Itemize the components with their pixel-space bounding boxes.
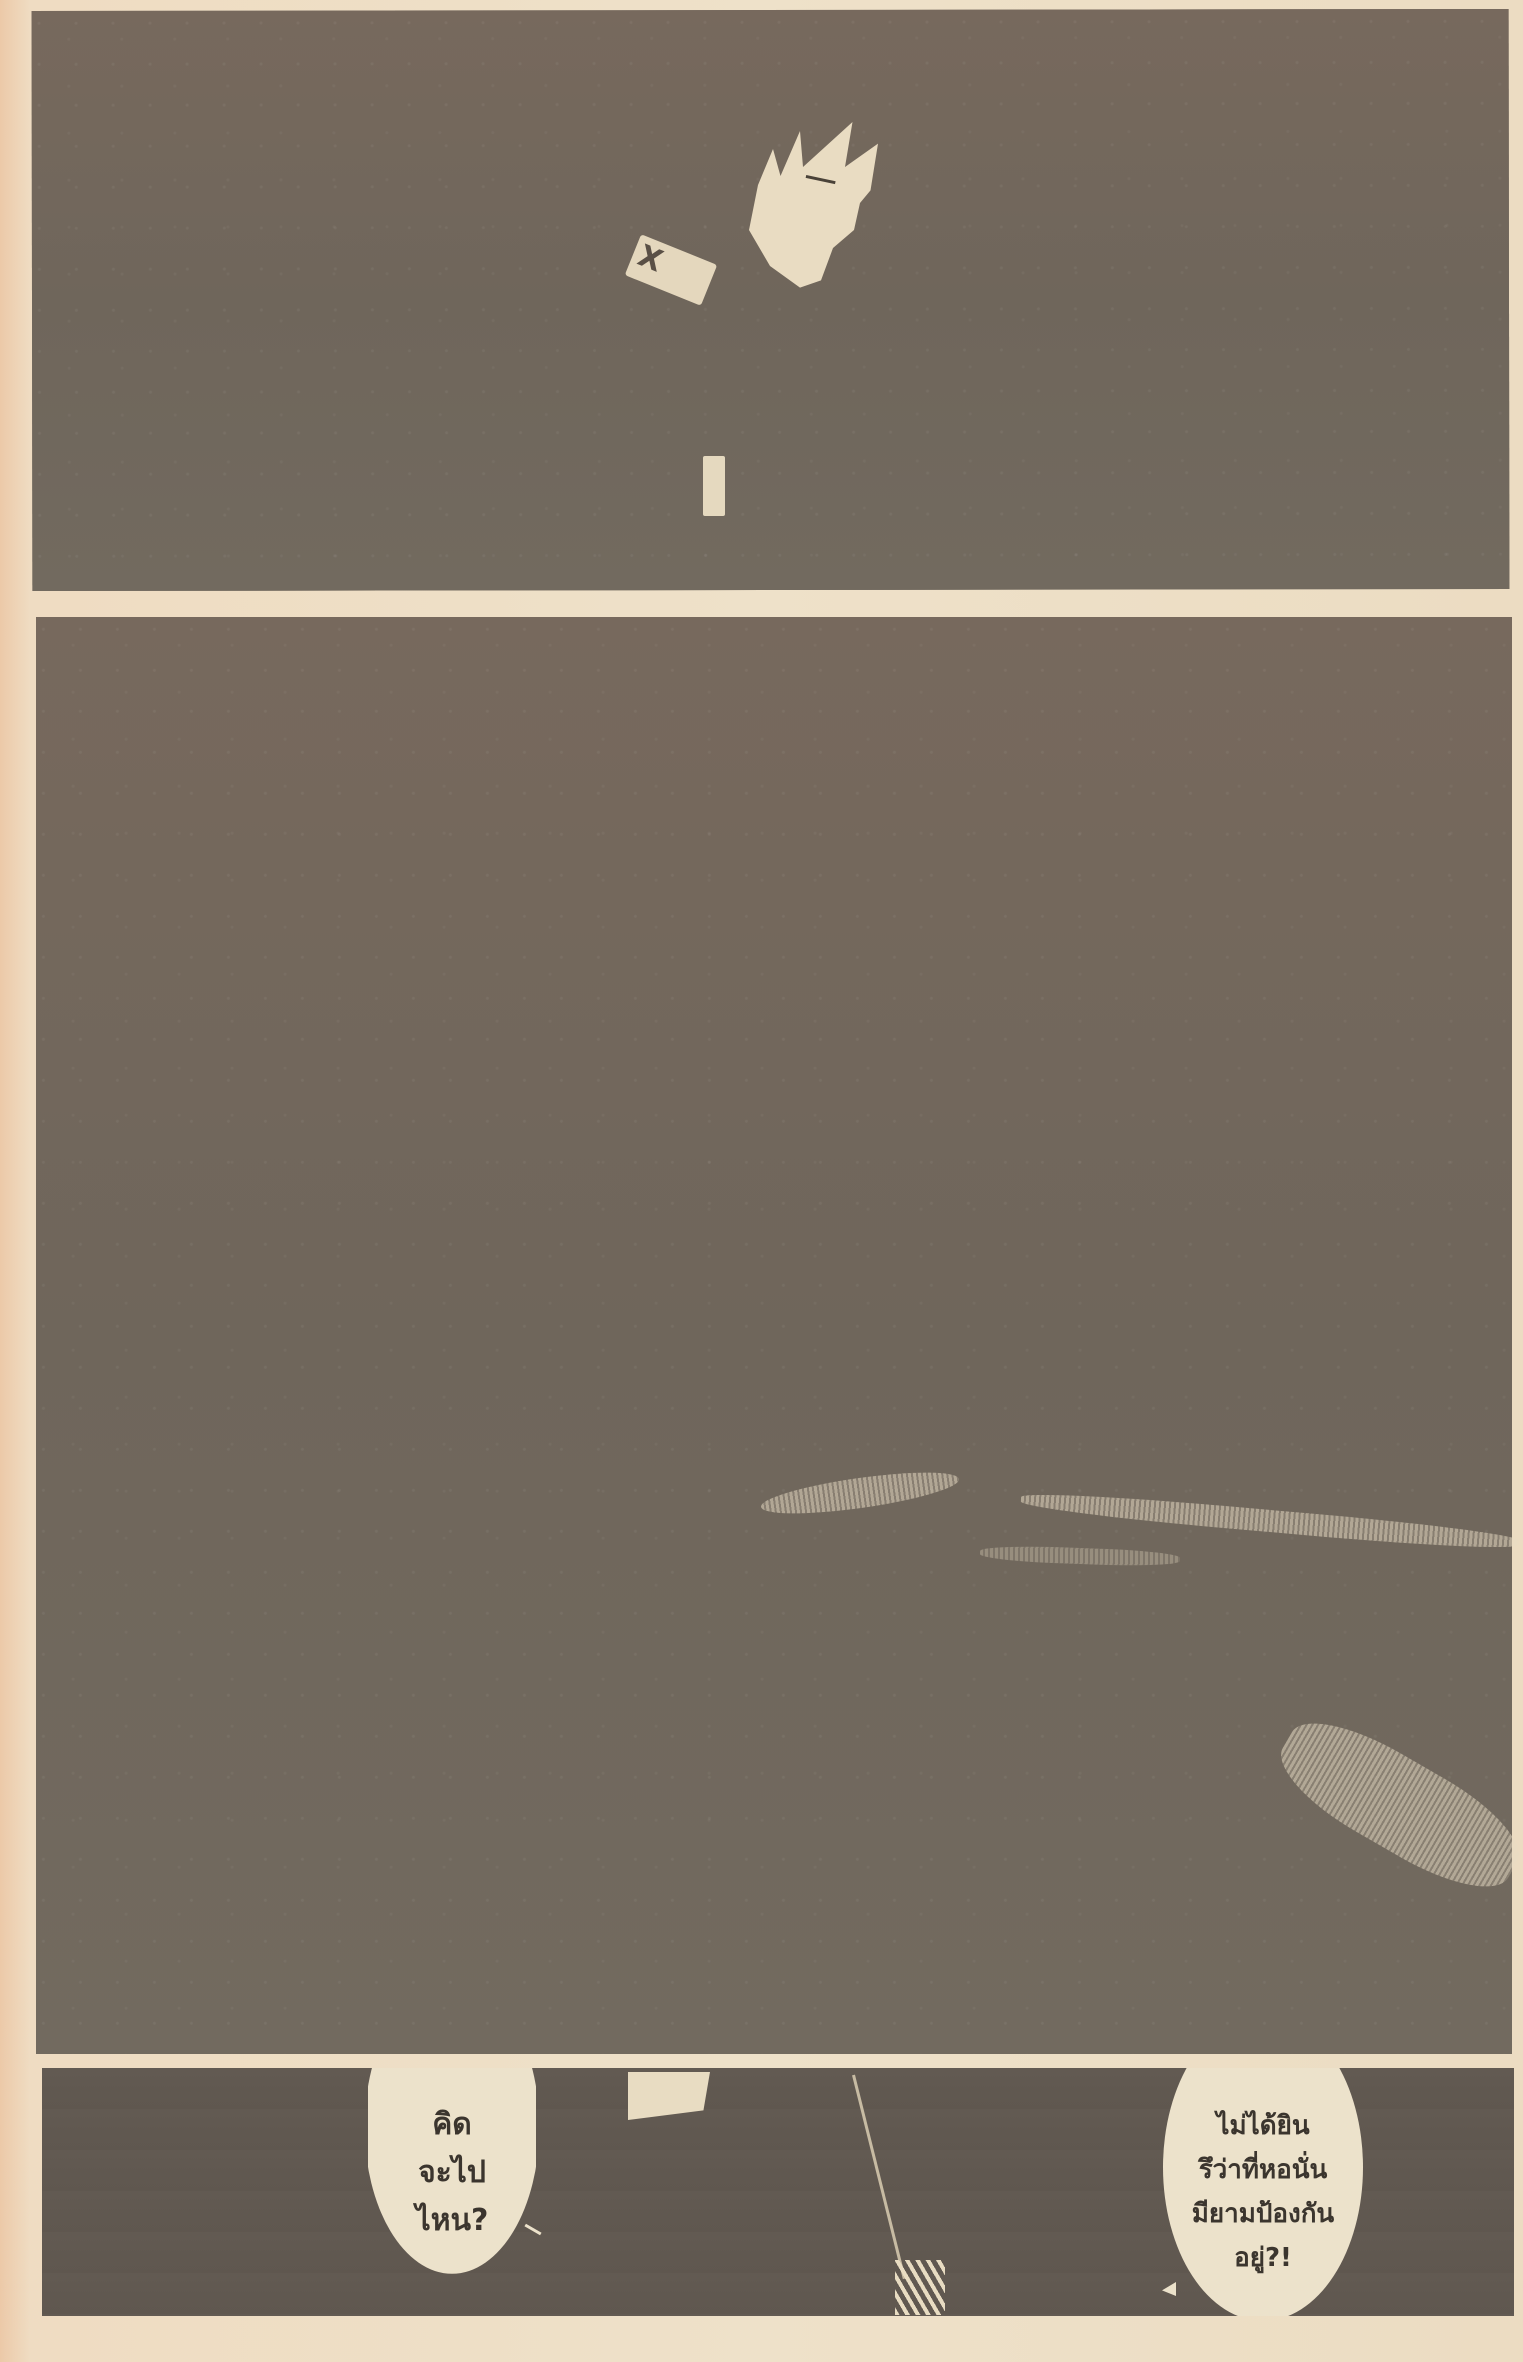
panel-1 [32, 9, 1510, 591]
bubble-line: รึว่าที่หอนั่น [1199, 2148, 1328, 2192]
bubble-line: ไหน? [416, 2197, 489, 2245]
bubble-line: คิด [432, 2101, 472, 2149]
bubble-line: อยู่?! [1234, 2236, 1292, 2280]
bubble-line: ไม่ได้ยิน [1216, 2104, 1309, 2148]
collar-tie-highlight [703, 456, 725, 516]
manga-page: X คิด จะไป ไหน? ไม่ได้ยิน รึว่าที่หอนั่น… [0, 0, 1523, 2362]
panel-2 [36, 617, 1512, 2054]
badge-x-mark: X [633, 238, 668, 279]
bubble-line: มียามป้องกัน [1192, 2192, 1334, 2236]
bubble-line: จะไป [418, 2149, 486, 2197]
coat-cuff-stripes [895, 2260, 945, 2315]
